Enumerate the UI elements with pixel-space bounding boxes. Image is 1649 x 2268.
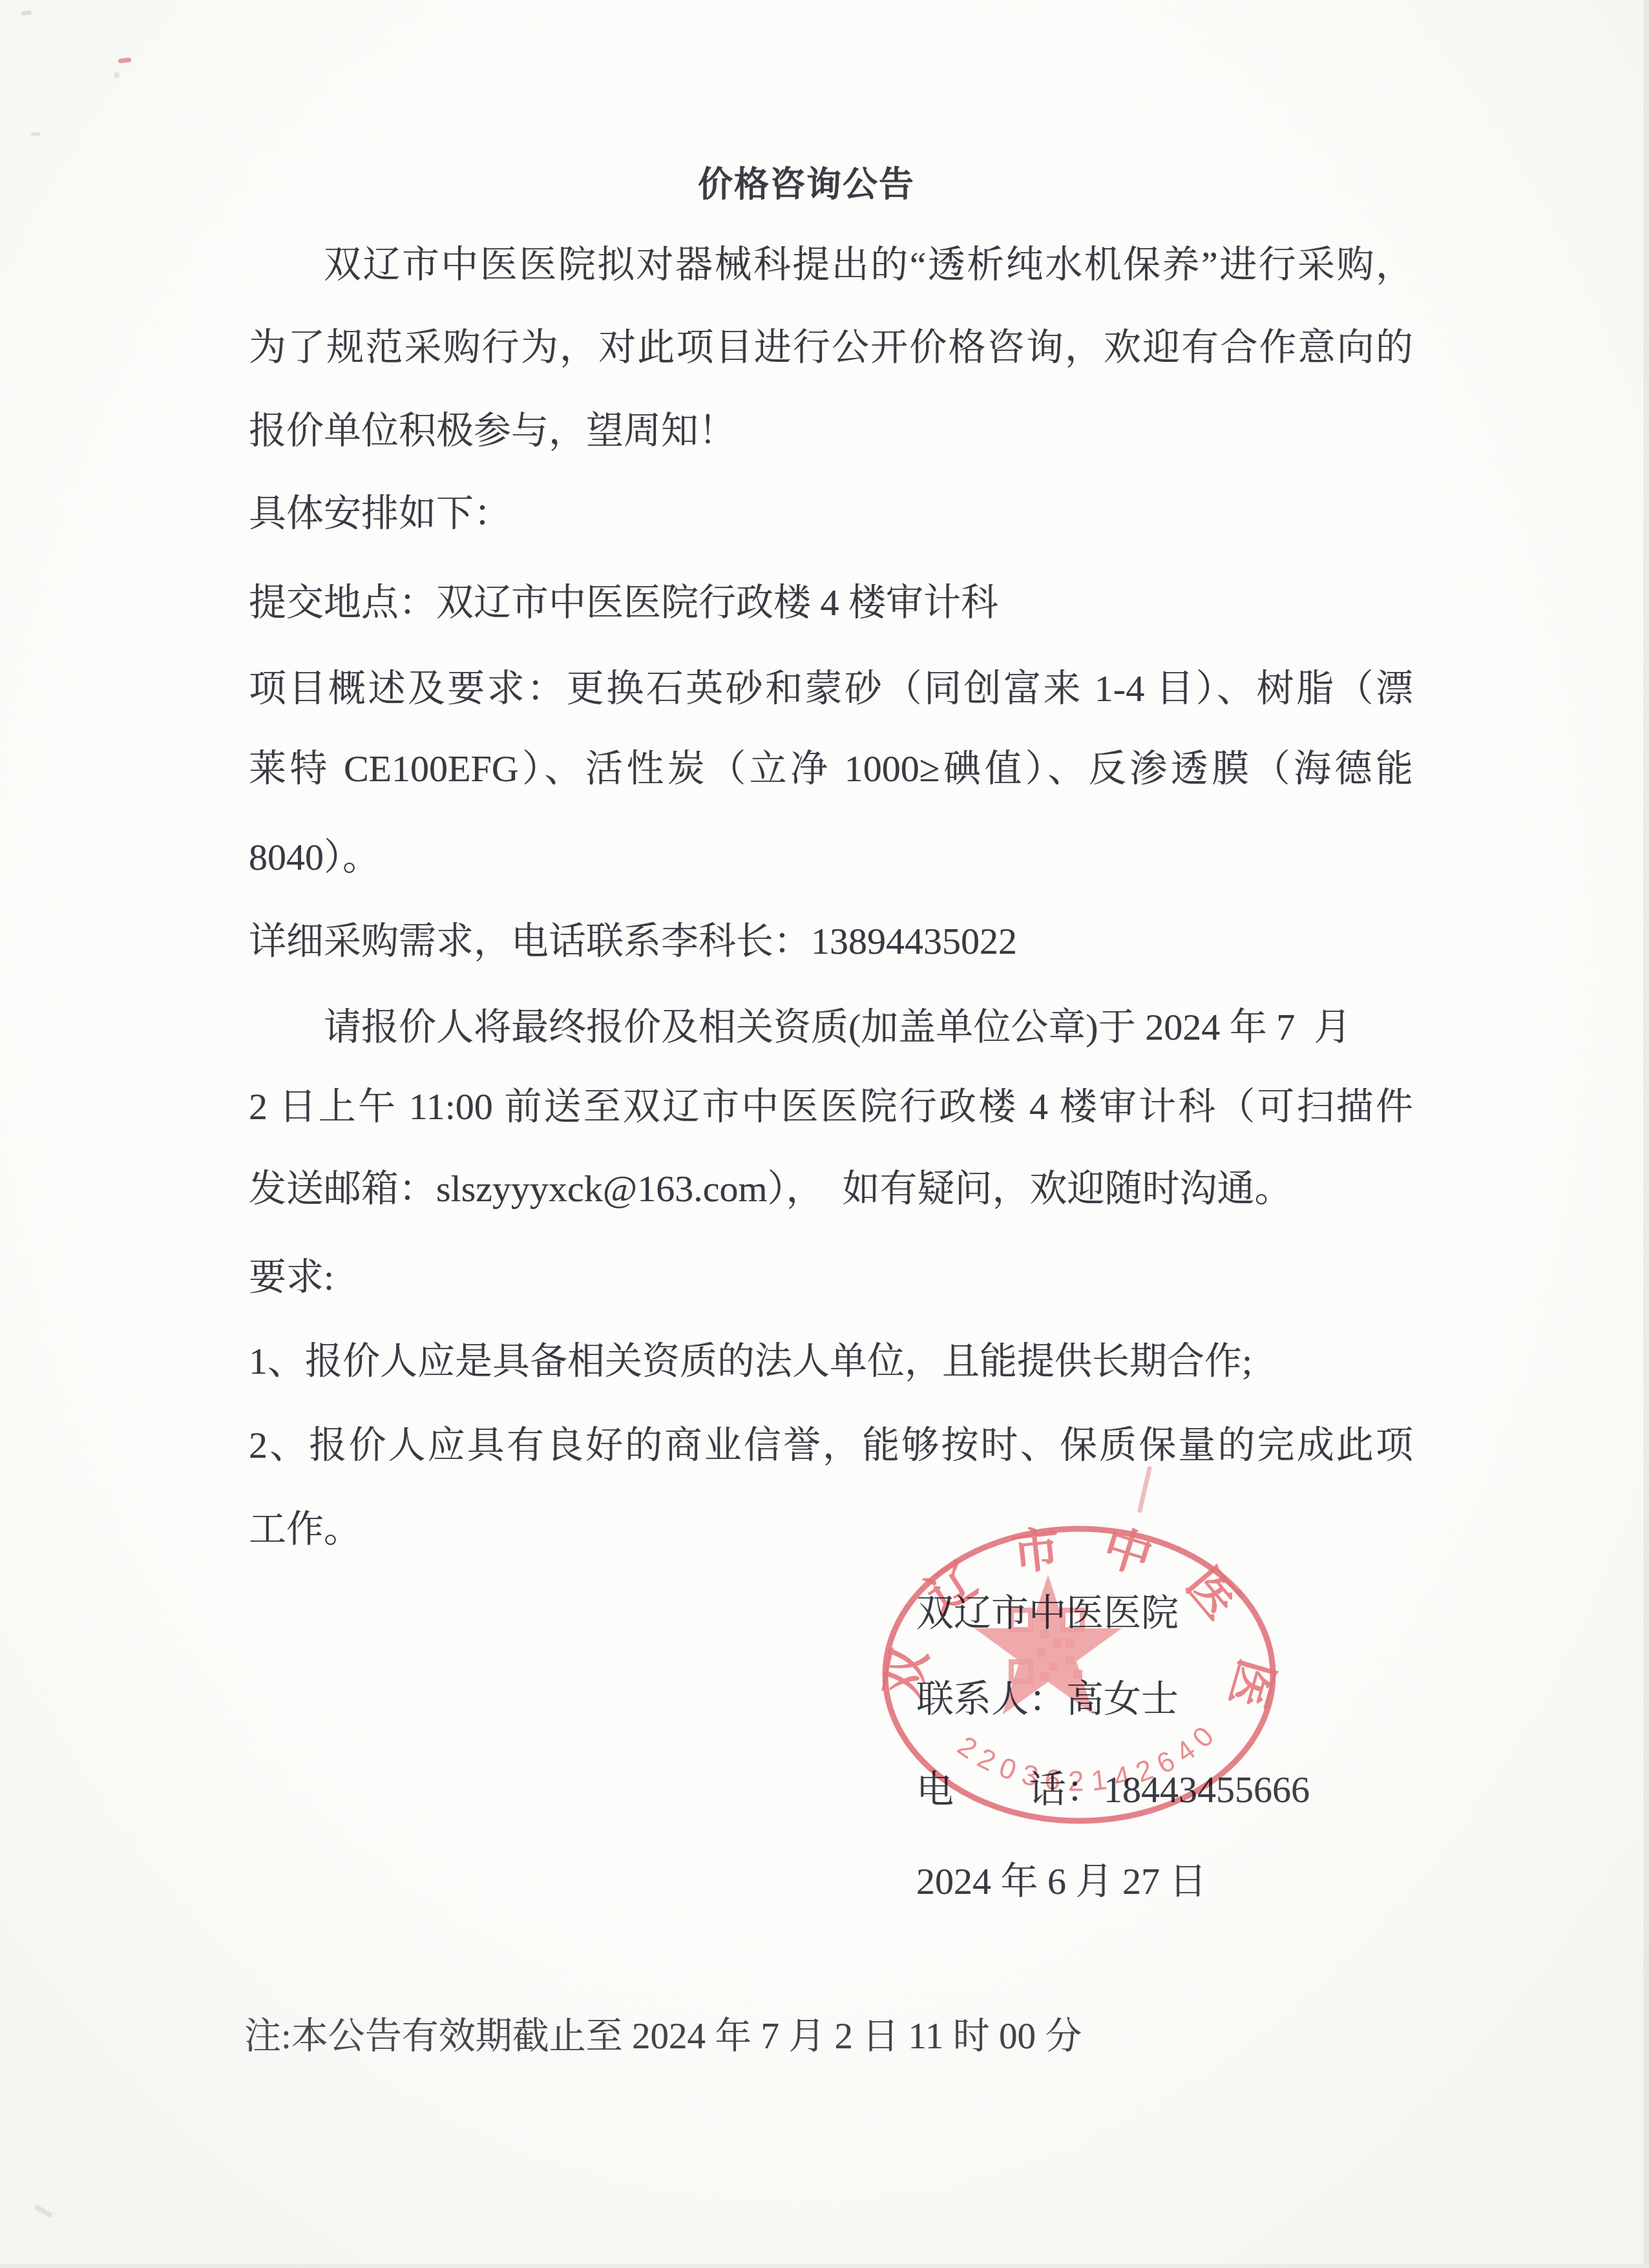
official-seal-stamp: 双辽市中医医院 220362142640 — [872, 1520, 1286, 1836]
scan-speck — [21, 10, 32, 16]
body-line: 提交地点：双辽市中医医院行政楼 4 楼审计科 — [249, 581, 1413, 630]
body-line: 8040）。 — [249, 835, 1413, 885]
body-line: 为了规范采购行为，对此项目进行公开价格咨询，欢迎有合作意向的 — [249, 326, 1413, 375]
seal-serial-wrap: 220362142640 — [952, 1714, 1226, 1797]
body-line: 报价单位积极参与，望周知！ — [249, 409, 1413, 458]
body-line: 莱特 CE100EFG）、活性炭（立净 1000≥碘值）、反渗透膜（海德能 — [249, 747, 1413, 796]
scanner-edge-shadow — [1643, 0, 1649, 2268]
seal-graphic: 双辽市中医医院 220362142640 — [872, 1520, 1286, 1836]
red-ink-speck — [118, 58, 132, 63]
signature-date: 2024 年 6 月 27 日 — [916, 1860, 1207, 1909]
body-line: 详细采购需求，电话联系李科长：13894435022 — [249, 919, 1413, 969]
scan-speck — [31, 132, 40, 136]
body-line: 请报价人将最终报价及相关资质(加盖单位公章)于 2024 年 7 月 — [249, 1005, 1413, 1055]
scan-speck — [114, 72, 120, 78]
body-line: 发送邮箱：slszyyyxck@163.com）， 如有疑问，欢迎随时沟通。 — [249, 1167, 1413, 1216]
body-line: 2、报价人应具有良好的商业信誉，能够按时、保质保量的完成此项 — [249, 1423, 1413, 1473]
page-title: 价格咨询公告 — [698, 157, 915, 207]
red-ink-scratch — [1137, 1465, 1152, 1513]
body-line: 要求: — [249, 1255, 1413, 1305]
body-line: 双辽市中医医院拟对器械科提出的“透析纯水机保养”进行采购， — [249, 243, 1413, 292]
scanner-edge-shadow — [0, 2264, 1649, 2268]
body-line: 项目概述及要求：更换石英砂和蒙砂（同创富来 1-4 目）、树脂（漂 — [249, 667, 1413, 716]
scanned-document-page: 价格咨询公告 双辽市中医医院拟对器械科提出的“透析纯水机保养”进行采购， 为了规… — [0, 0, 1649, 2268]
seal-star-icon — [974, 1575, 1122, 1715]
seal-serial-number: 220362142640 — [952, 1714, 1226, 1797]
scan-speck — [34, 2204, 53, 2218]
body-line: 2 日上午 11:00 前送至双辽市中医医院行政楼 4 楼审计科（可扫描件 — [249, 1085, 1413, 1134]
body-line: 1、报价人应是具备相关资质的法人单位，且能提供长期合作; — [249, 1339, 1413, 1389]
validity-note: 注:本公告有效期截止至 2024 年 7 月 2 日 11 时 00 分 — [244, 2015, 1082, 2059]
body-line: 具体安排如下： — [249, 492, 1413, 541]
